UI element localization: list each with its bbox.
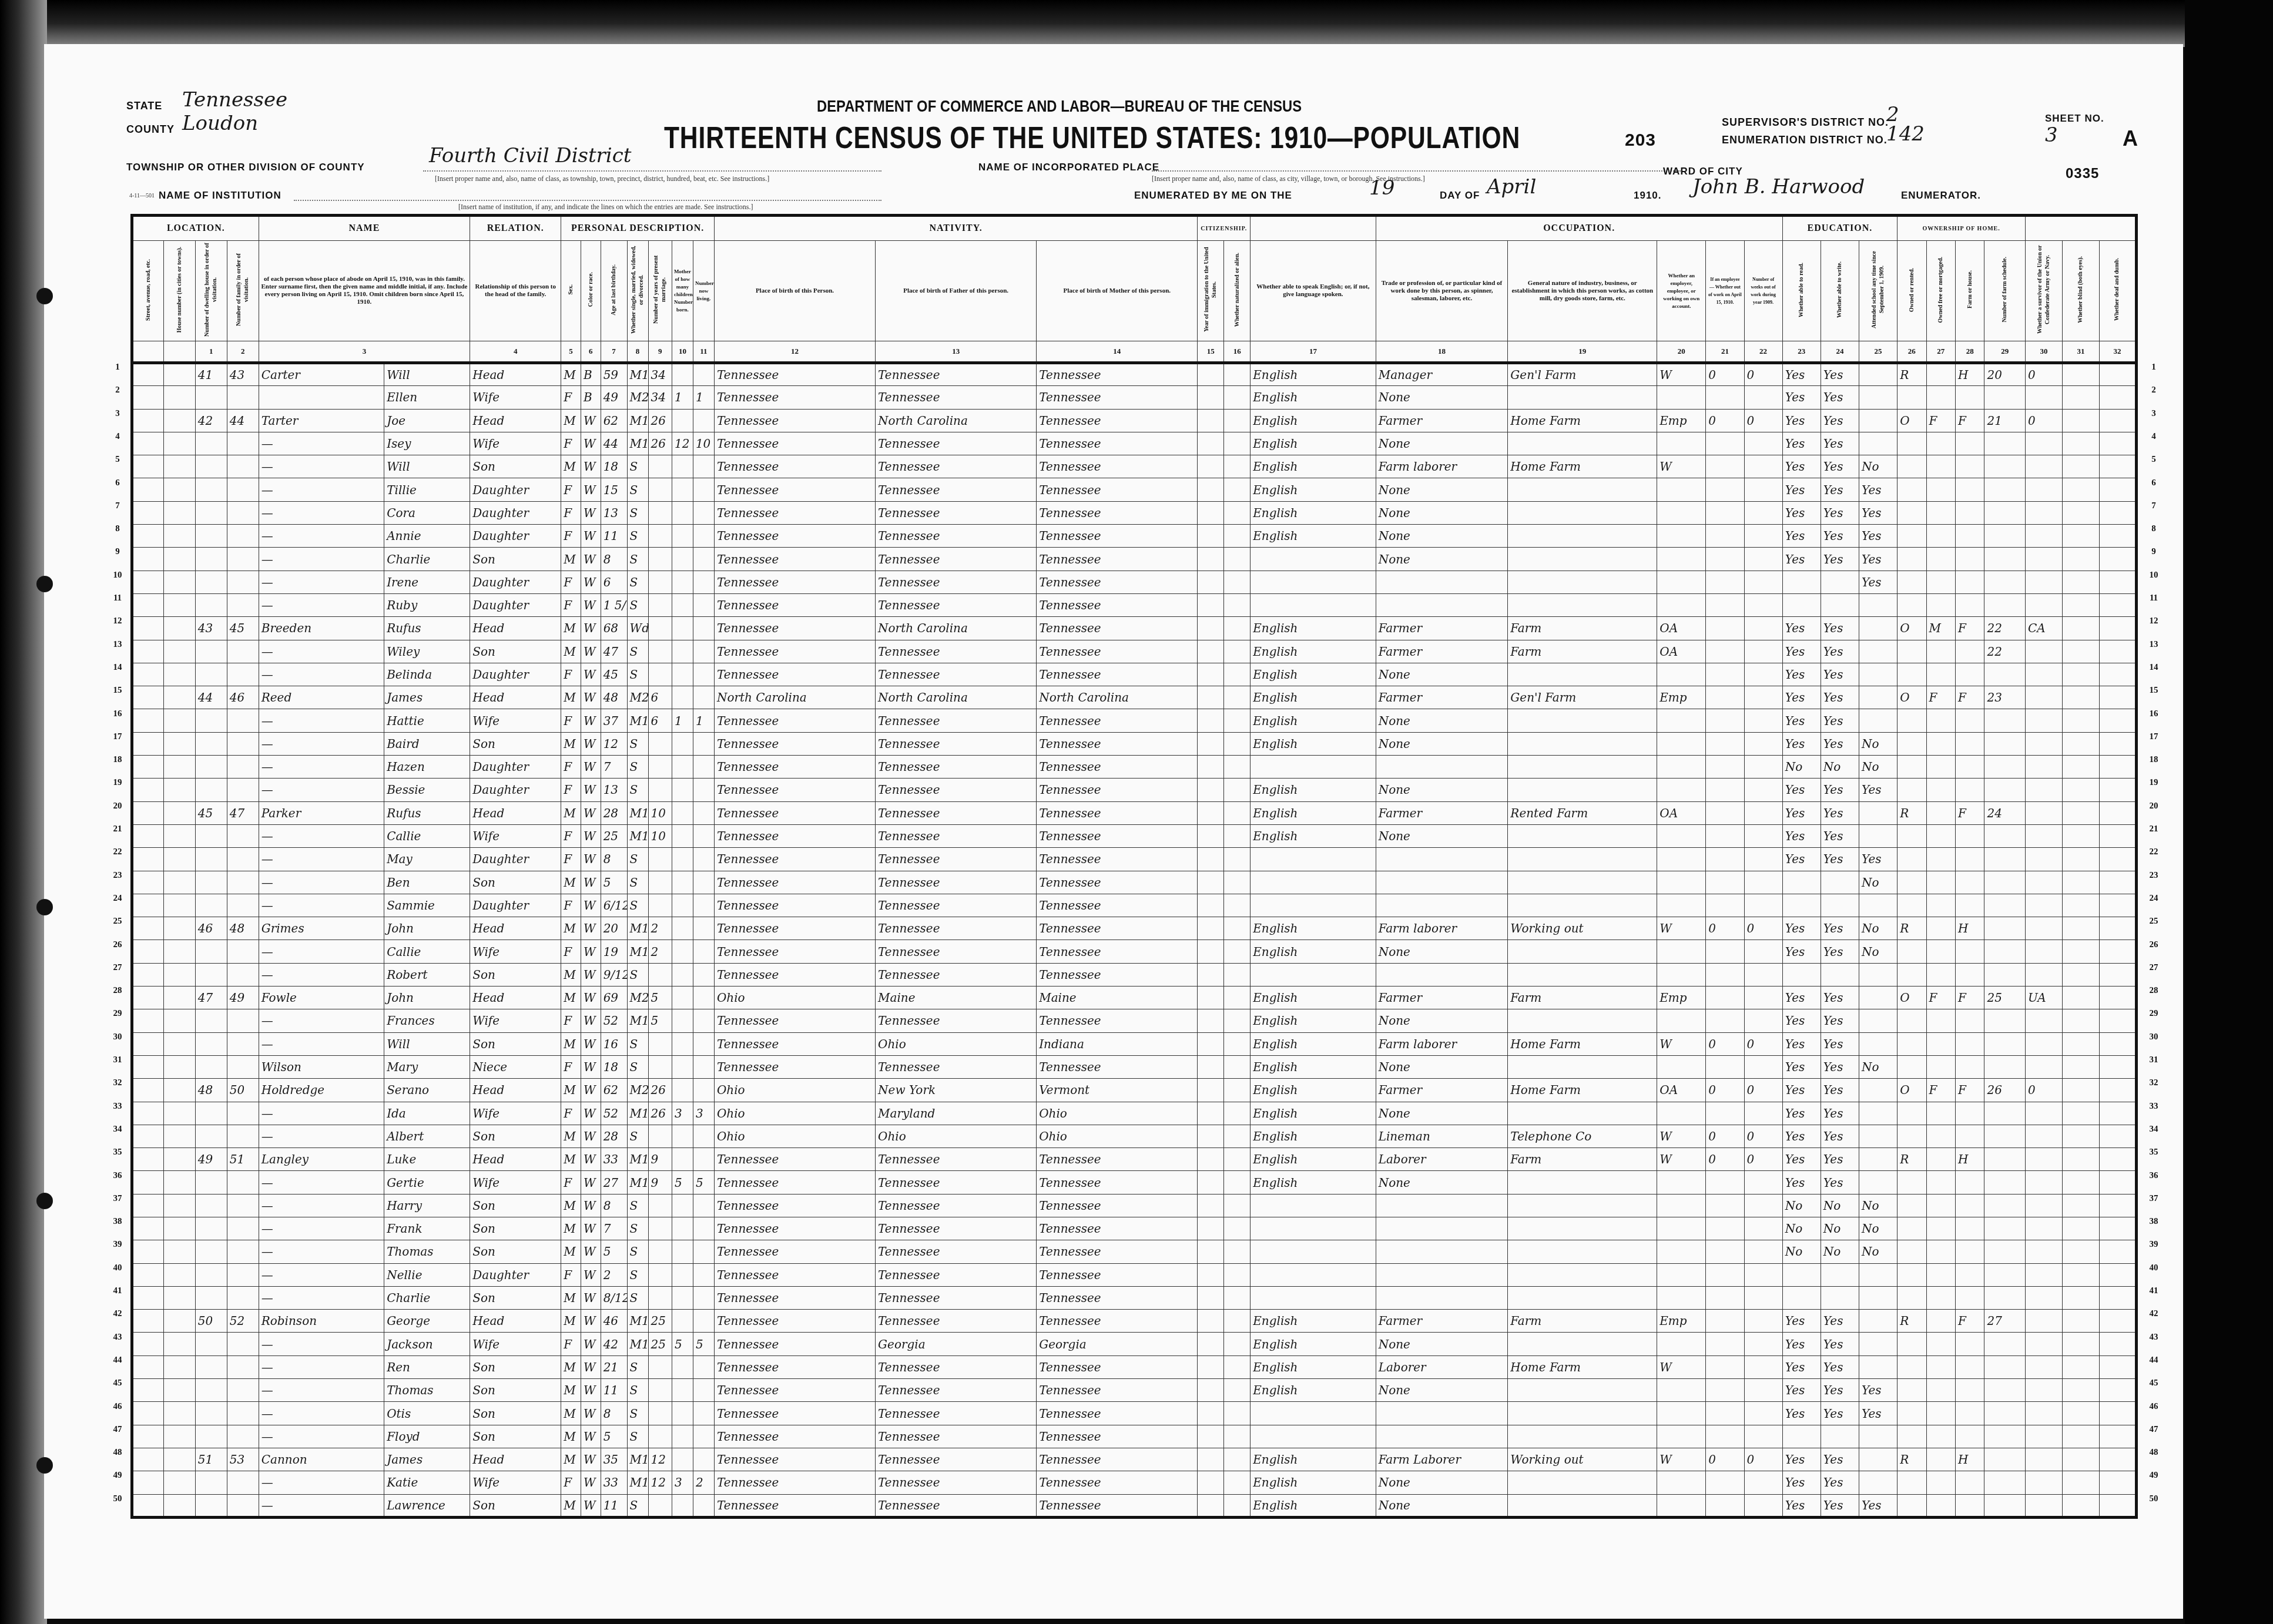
cell-father-birthplace: Tennessee	[876, 1171, 1037, 1194]
cell-industry: Gen'l Farm	[1508, 686, 1657, 709]
cell-mother-birthplace: Tennessee	[1037, 363, 1198, 386]
cell-veteran	[2026, 801, 2063, 824]
cell-dwelling-number	[195, 455, 227, 478]
cell-can-write: Yes	[1821, 1379, 1859, 1402]
enumerated-day: 19	[1369, 176, 1394, 200]
cell-trade: None	[1376, 386, 1508, 409]
cell-children-living	[693, 1148, 714, 1171]
line-number: 8	[109, 524, 126, 534]
cell-can-read: Yes	[1782, 1009, 1821, 1032]
cell-years-married	[648, 779, 672, 801]
cell-free-mortgaged	[1926, 709, 1955, 732]
cell-can-read	[1782, 871, 1821, 894]
cell-immigration-year	[1198, 871, 1224, 894]
cell-trade: None	[1376, 1471, 1508, 1494]
cell-age: 42	[601, 1333, 627, 1355]
cell-free-mortgaged: F	[1926, 686, 1955, 709]
cell-farm-house: F	[1955, 1079, 1984, 1102]
cell-children-born	[672, 1194, 693, 1217]
cell-mother-birthplace: Tennessee	[1037, 501, 1198, 524]
cell-language: English	[1251, 917, 1376, 940]
cell-relation: Wife	[470, 1009, 561, 1032]
cell-veteran	[2026, 1286, 2063, 1309]
cell-children-born	[672, 1240, 693, 1263]
cell-out-of-work	[1706, 1217, 1744, 1240]
cell-farm-house	[1955, 732, 1984, 755]
cell-age: 13	[601, 501, 627, 524]
cell-own-rent: R	[1897, 363, 1926, 386]
cell-children-born	[672, 617, 693, 640]
cell-can-read	[1782, 1263, 1821, 1286]
cell-language: English	[1251, 1310, 1376, 1333]
cell-weeks-out	[1744, 709, 1782, 732]
cell-father-birthplace: Tennessee	[876, 894, 1037, 917]
cell-sex: F	[561, 1263, 581, 1286]
line-number: 29	[2145, 1009, 2163, 1019]
cell-sex: F	[561, 1471, 581, 1494]
cell-race: W	[581, 779, 601, 801]
cell-age: 1 5/12	[601, 593, 627, 616]
cell-free-mortgaged	[1926, 525, 1955, 548]
cell-street	[132, 1402, 164, 1425]
cell-surname: —	[259, 1194, 384, 1217]
cell-free-mortgaged: M	[1926, 617, 1955, 640]
cell-age: 11	[601, 525, 627, 548]
line-number: 28	[109, 986, 126, 996]
incorporated-label: NAME OF INCORPORATED PLACE	[978, 162, 1159, 173]
cell-blind	[2062, 1425, 2099, 1448]
cell-employer-class: Emp	[1657, 1310, 1706, 1333]
cell-veteran	[2026, 1494, 2063, 1517]
cell-street	[132, 640, 164, 663]
cell-birthplace: Tennessee	[714, 455, 875, 478]
cell-language: English	[1251, 732, 1376, 755]
cell-blind	[2062, 824, 2099, 847]
cell-industry: Farm	[1508, 617, 1657, 640]
cell-marital-status: M2	[627, 386, 648, 409]
cell-naturalized	[1224, 1402, 1251, 1425]
cell-veteran	[2026, 848, 2063, 871]
cell-mother-birthplace: Ohio	[1037, 1102, 1198, 1125]
cell-given-name: Sammie	[384, 894, 470, 917]
line-number: 27	[2145, 963, 2163, 973]
cell-industry: Farm	[1508, 1310, 1657, 1333]
cell-dwelling-number	[195, 593, 227, 616]
cell-deaf	[2099, 801, 2136, 824]
cell-relation: Son	[470, 1425, 561, 1448]
cell-trade: Lineman	[1376, 1125, 1508, 1147]
cell-children-living	[693, 501, 714, 524]
cell-deaf	[2099, 1448, 2136, 1471]
line-number: 20	[109, 801, 126, 811]
cell-children-born	[672, 478, 693, 501]
cell-can-write: Yes	[1821, 1171, 1859, 1194]
cell-father-birthplace: Maryland	[876, 1102, 1037, 1125]
cell-surname: —	[259, 894, 384, 917]
cell-mother-birthplace: Tennessee	[1037, 432, 1198, 455]
cell-farm-schedule	[1984, 1448, 2026, 1471]
line-number: 10	[2145, 571, 2163, 581]
cell-deaf	[2099, 1240, 2136, 1263]
cell-birthplace: Tennessee	[714, 848, 875, 871]
cell-own-rent	[1897, 1263, 1926, 1286]
cell-father-birthplace: Tennessee	[876, 801, 1037, 824]
cell-mother-birthplace: Tennessee	[1037, 478, 1198, 501]
line-number: 23	[2145, 871, 2163, 881]
cell-farm-house	[1955, 1263, 1984, 1286]
table-row: —LawrenceSonMW11STennesseeTennesseeTenne…	[132, 1494, 2137, 1517]
cell-blind	[2062, 940, 2099, 963]
cell-sex: F	[561, 1055, 581, 1078]
cell-family-number: 49	[227, 987, 259, 1009]
cell-relation: Son	[470, 1240, 561, 1263]
cell-can-read: Yes	[1782, 801, 1821, 824]
cell-employer-class: W	[1657, 1355, 1706, 1378]
cell-relation: Wife	[470, 940, 561, 963]
cell-dwelling-number: 47	[195, 987, 227, 1009]
cell-children-born	[672, 1125, 693, 1147]
cell-surname: —	[259, 548, 384, 571]
cell-blind	[2062, 987, 2099, 1009]
table-row: —BelindaDaughterFW45STennesseeTennesseeT…	[132, 663, 2137, 686]
cell-can-write: Yes	[1821, 1125, 1859, 1147]
cell-blind	[2062, 686, 2099, 709]
cell-street	[132, 1240, 164, 1263]
cell-age: 27	[601, 1171, 627, 1194]
cell-marital-status: M2	[627, 686, 648, 709]
cell-free-mortgaged	[1926, 1240, 1955, 1263]
cell-years-married	[648, 871, 672, 894]
cell-immigration-year	[1198, 1425, 1224, 1448]
table-row: 4446ReedJamesHeadMW48M26North CarolinaNo…	[132, 686, 2137, 709]
cell-free-mortgaged	[1926, 548, 1955, 571]
cell-employer-class	[1657, 779, 1706, 801]
cell-attended-school	[1859, 1286, 1897, 1309]
cell-blind	[2062, 1055, 2099, 1078]
cell-street	[132, 1079, 164, 1102]
cell-marital-status: M1	[627, 1009, 648, 1032]
cell-blind	[2062, 1171, 2099, 1194]
cell-can-write: Yes	[1821, 409, 1859, 432]
cell-children-living	[693, 779, 714, 801]
cell-house-number	[163, 617, 195, 640]
cell-attended-school	[1859, 386, 1897, 409]
cell-language: English	[1251, 824, 1376, 847]
table-row: 5153CannonJamesHeadMW35M112TennesseeTenn…	[132, 1448, 2137, 1471]
cell-children-living	[693, 801, 714, 824]
group-name: NAME	[259, 216, 470, 241]
cell-out-of-work	[1706, 709, 1744, 732]
cell-marital-status: M1	[627, 1471, 648, 1494]
cell-can-write: Yes	[1821, 1148, 1859, 1171]
cell-immigration-year	[1198, 1217, 1224, 1240]
cell-deaf	[2099, 525, 2136, 548]
cell-father-birthplace: Tennessee	[876, 548, 1037, 571]
cell-race: W	[581, 1379, 601, 1402]
cell-can-read: Yes	[1782, 617, 1821, 640]
cell-dwelling-number	[195, 1240, 227, 1263]
cell-surname: —	[259, 455, 384, 478]
cell-years-married: 12	[648, 1471, 672, 1494]
cell-veteran	[2026, 663, 2063, 686]
cell-given-name: Bessie	[384, 779, 470, 801]
cell-language	[1251, 1425, 1376, 1448]
ward-label: WARD OF CITY	[1663, 166, 1743, 177]
line-number: 38	[2145, 1217, 2163, 1227]
cell-weeks-out	[1744, 478, 1782, 501]
cell-children-born	[672, 640, 693, 663]
cell-house-number	[163, 1263, 195, 1286]
cell-mother-birthplace: Tennessee	[1037, 386, 1198, 409]
table-row: —SammieDaughterFW6/12STennesseeTennessee…	[132, 894, 2137, 917]
cell-employer-class: Emp	[1657, 686, 1706, 709]
cell-surname: —	[259, 593, 384, 616]
table-row: 4850HoldredgeSeranoHeadMW62M226OhioNew Y…	[132, 1079, 2137, 1102]
line-number: 16	[109, 709, 126, 719]
cell-children-born	[672, 548, 693, 571]
cell-children-born	[672, 824, 693, 847]
cell-deaf	[2099, 1079, 2136, 1102]
cell-sex: F	[561, 386, 581, 409]
cell-sex: M	[561, 801, 581, 824]
cell-immigration-year	[1198, 1355, 1224, 1378]
cell-birthplace: Tennessee	[714, 756, 875, 779]
cell-veteran	[2026, 917, 2063, 940]
cell-surname: —	[259, 871, 384, 894]
cell-free-mortgaged	[1926, 779, 1955, 801]
cell-given-name: Hattie	[384, 709, 470, 732]
cell-employer-class	[1657, 478, 1706, 501]
cell-industry	[1508, 824, 1657, 847]
sheet-label: SHEET NO.	[2045, 113, 2104, 125]
cell-blind	[2062, 1333, 2099, 1355]
cell-age: 46	[601, 1310, 627, 1333]
cell-attended-school	[1859, 1333, 1897, 1355]
cell-children-born	[672, 1055, 693, 1078]
cell-children-born	[672, 663, 693, 686]
cell-father-birthplace: Tennessee	[876, 871, 1037, 894]
cell-family-number	[227, 640, 259, 663]
cell-immigration-year	[1198, 1079, 1224, 1102]
line-number: 49	[109, 1471, 126, 1481]
cell-relation: Head	[470, 409, 561, 432]
cell-dwelling-number	[195, 548, 227, 571]
cell-surname: —	[259, 1355, 384, 1378]
cell-immigration-year	[1198, 1032, 1224, 1055]
line-number: 32	[109, 1078, 126, 1088]
table-row: —TillieDaughterFW15STennesseeTennesseeTe…	[132, 478, 2137, 501]
cell-immigration-year	[1198, 1494, 1224, 1517]
cell-years-married: 26	[648, 1102, 672, 1125]
cell-surname: —	[259, 478, 384, 501]
cell-farm-schedule: 22	[1984, 640, 2026, 663]
line-number: 7	[109, 501, 126, 511]
table-row: —KatieWifeFW33M11232TennesseeTennesseeTe…	[132, 1471, 2137, 1494]
cell-father-birthplace: Tennessee	[876, 917, 1037, 940]
cell-blind	[2062, 571, 2099, 593]
table-row: —CallieWifeFW19M12TennesseeTennesseeTenn…	[132, 940, 2137, 963]
cell-trade	[1376, 963, 1508, 986]
cell-surname: —	[259, 1333, 384, 1355]
cell-relation: Daughter	[470, 478, 561, 501]
cell-father-birthplace: Ohio	[876, 1125, 1037, 1147]
cell-free-mortgaged	[1926, 1402, 1955, 1425]
cell-blind	[2062, 501, 2099, 524]
cell-sex: M	[561, 1148, 581, 1171]
cell-children-living	[693, 917, 714, 940]
cell-father-birthplace: Tennessee	[876, 1379, 1037, 1402]
cell-birthplace: Tennessee	[714, 1355, 875, 1378]
cell-marital-status: M1	[627, 709, 648, 732]
table-row: WilsonMaryNieceFW18STennesseeTennesseeTe…	[132, 1055, 2137, 1078]
cell-weeks-out: 0	[1744, 363, 1782, 386]
cell-given-name: Lawrence	[384, 1494, 470, 1517]
line-number: 26	[109, 940, 126, 950]
cell-sex: M	[561, 987, 581, 1009]
line-number: 12	[2145, 616, 2163, 626]
cell-house-number	[163, 1009, 195, 1032]
cell-blind	[2062, 1310, 2099, 1333]
cell-employer-class: W	[1657, 1148, 1706, 1171]
cell-blind	[2062, 1217, 2099, 1240]
cell-deaf	[2099, 1333, 2136, 1355]
cell-can-read: Yes	[1782, 363, 1821, 386]
cell-birthplace: Tennessee	[714, 1310, 875, 1333]
cell-deaf	[2099, 1471, 2136, 1494]
cell-own-rent: O	[1897, 617, 1926, 640]
cell-free-mortgaged	[1926, 1102, 1955, 1125]
column-header-row: Street, avenue, road, etc. House number …	[132, 241, 2137, 341]
cell-given-name: Tillie	[384, 478, 470, 501]
cell-mother-birthplace: Tennessee	[1037, 871, 1198, 894]
cell-naturalized	[1224, 409, 1251, 432]
cell-farm-house: F	[1955, 409, 1984, 432]
cell-birthplace: Tennessee	[714, 1425, 875, 1448]
cell-weeks-out: 0	[1744, 1079, 1782, 1102]
cell-trade: Farmer	[1376, 1079, 1508, 1102]
cell-relation: Son	[470, 455, 561, 478]
cell-birthplace: Tennessee	[714, 1240, 875, 1263]
cell-marital-status: S	[627, 1217, 648, 1240]
cell-language: English	[1251, 1102, 1376, 1125]
cell-family-number	[227, 1494, 259, 1517]
cell-marital-status: S	[627, 848, 648, 871]
cell-father-birthplace: Tennessee	[876, 1494, 1037, 1517]
cell-given-name: Jackson	[384, 1333, 470, 1355]
table-row: —IseyWifeFW44M1261210TennesseeTennesseeT…	[132, 432, 2137, 455]
cell-children-living	[693, 1448, 714, 1471]
cell-language: English	[1251, 987, 1376, 1009]
cell-out-of-work	[1706, 432, 1744, 455]
cell-employer-class	[1657, 963, 1706, 986]
line-number: 29	[109, 1009, 126, 1019]
cell-immigration-year	[1198, 1448, 1224, 1471]
cell-farm-house: F	[1955, 1310, 1984, 1333]
cell-father-birthplace: Tennessee	[876, 1148, 1037, 1171]
cell-can-write: Yes	[1821, 455, 1859, 478]
table-row: —RubyDaughterFW1 5/12STennesseeTennessee…	[132, 593, 2137, 616]
cell-employer-class: Emp	[1657, 987, 1706, 1009]
cell-can-read: Yes	[1782, 525, 1821, 548]
cell-out-of-work	[1706, 756, 1744, 779]
cell-can-read: No	[1782, 756, 1821, 779]
cell-family-number	[227, 1171, 259, 1194]
cell-immigration-year	[1198, 801, 1224, 824]
cell-surname: —	[259, 1171, 384, 1194]
cell-weeks-out	[1744, 1355, 1782, 1378]
cell-attended-school: No	[1859, 1217, 1897, 1240]
cell-out-of-work	[1706, 1055, 1744, 1078]
cell-can-write: No	[1821, 1240, 1859, 1263]
cell-given-name: Cora	[384, 501, 470, 524]
cell-weeks-out	[1744, 1310, 1782, 1333]
cell-children-born	[672, 455, 693, 478]
cell-weeks-out	[1744, 548, 1782, 571]
cell-house-number	[163, 1379, 195, 1402]
cell-years-married	[648, 732, 672, 755]
cell-race: W	[581, 501, 601, 524]
cell-free-mortgaged	[1926, 848, 1955, 871]
cell-surname: Cannon	[259, 1448, 384, 1471]
cell-free-mortgaged: F	[1926, 1079, 1955, 1102]
cell-trade: Farm laborer	[1376, 1032, 1508, 1055]
cell-birthplace: Tennessee	[714, 501, 875, 524]
line-number: 36	[2145, 1171, 2163, 1181]
cell-language	[1251, 1263, 1376, 1286]
cell-marital-status: S	[627, 640, 648, 663]
cell-weeks-out	[1744, 1240, 1782, 1263]
cell-weeks-out	[1744, 1494, 1782, 1517]
cell-years-married	[648, 1425, 672, 1448]
cell-relation: Daughter	[470, 848, 561, 871]
cell-surname: —	[259, 1240, 384, 1263]
cell-sex: M	[561, 363, 581, 386]
cell-deaf	[2099, 917, 2136, 940]
cell-language	[1251, 963, 1376, 986]
table-row: 4244TarterJoeHeadMW62M126TennesseeNorth …	[132, 409, 2137, 432]
cell-can-write: Yes	[1821, 386, 1859, 409]
cell-deaf	[2099, 1009, 2136, 1032]
cell-marital-status: S	[627, 478, 648, 501]
cell-father-birthplace: Tennessee	[876, 640, 1037, 663]
cell-dwelling-number	[195, 1194, 227, 1217]
cell-farm-schedule	[1984, 1286, 2026, 1309]
cell-farm-house	[1955, 1286, 1984, 1309]
cell-surname: Breeden	[259, 617, 384, 640]
cell-language: English	[1251, 1148, 1376, 1171]
cell-immigration-year	[1198, 1379, 1224, 1402]
cell-own-rent: R	[1897, 1310, 1926, 1333]
cell-deaf	[2099, 363, 2136, 386]
cell-farm-schedule	[1984, 1402, 2026, 1425]
cell-children-born	[672, 1032, 693, 1055]
cell-immigration-year	[1198, 617, 1224, 640]
cell-naturalized	[1224, 1079, 1251, 1102]
cell-own-rent	[1897, 779, 1926, 801]
cell-naturalized	[1224, 756, 1251, 779]
line-number: 37	[109, 1194, 126, 1204]
cell-can-read	[1782, 571, 1821, 593]
cell-race: W	[581, 548, 601, 571]
cell-deaf	[2099, 1379, 2136, 1402]
cell-trade	[1376, 1286, 1508, 1309]
cell-family-number	[227, 1055, 259, 1078]
cell-weeks-out	[1744, 1286, 1782, 1309]
cell-years-married	[648, 1032, 672, 1055]
cell-age: 48	[601, 686, 627, 709]
cell-farm-schedule	[1984, 478, 2026, 501]
cell-farm-house: F	[1955, 987, 1984, 1009]
